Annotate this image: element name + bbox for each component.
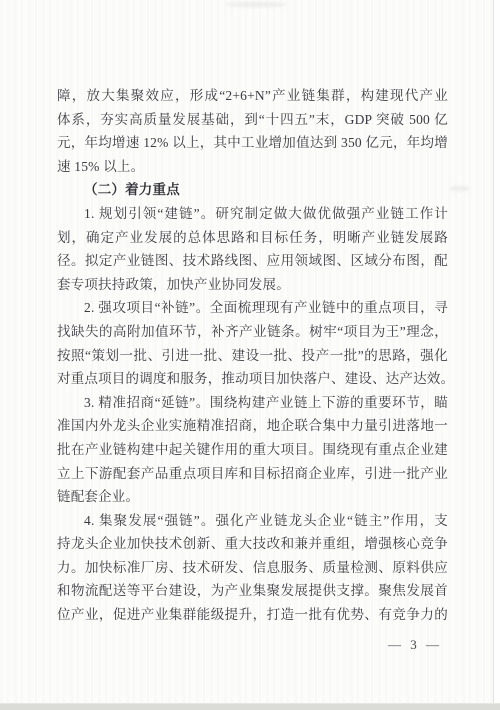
text-line: 按照“策划一批、引进一批、建设一批、投产一批”的思路，强化 bbox=[57, 344, 448, 368]
text-line: 体系，夯实高质量发展基础，到“十四五”末，GDP 突破 500 亿 bbox=[57, 108, 448, 132]
text-line: 径。拟定产业链图、技术路线图、应用领域图、区域分布图，配 bbox=[57, 249, 448, 273]
text-line: 元，年均增速 12% 以上，其中工业增加值达到 350 亿元，年均增 bbox=[57, 131, 448, 155]
text-line: 对重点项目的调度和服务，推动项目加快落户、建设、达产达效。 bbox=[57, 367, 448, 391]
text-line: 力。加快标准厂房、技术研发、信息服务、质量检测、原料供应 bbox=[57, 556, 448, 580]
text-line: 3. 精准招商“延链”。围绕构建产业链上下游的重要环节，瞄 bbox=[57, 391, 448, 415]
text-line: 链配套企业。 bbox=[57, 485, 448, 509]
scan-edge-right bbox=[493, 0, 500, 710]
text-line: 立上下游配套产品重点项目库和目标招商企业库，引进一批产业 bbox=[57, 462, 448, 486]
text-line: 划，确定产业发展的总体思路和目标任务，明晰产业链发展路 bbox=[57, 226, 448, 250]
text-line: 位产业，促进产业集群能级提升，打造一批有优势、有竞争力的 bbox=[57, 603, 448, 627]
scan-edge-bottom bbox=[0, 703, 500, 710]
text-line: 和物流配送等平台建设，为产业集聚发展提供支撑。聚焦发展首 bbox=[57, 579, 448, 603]
text-line: 批在产业链构建中起关键作用的重大项目。围绕现有重点企业建 bbox=[57, 438, 448, 462]
page-number: — 3 — bbox=[388, 637, 442, 653]
document-body: 障，放大集聚效应，形成“2+6+N”产业链集群，构建现代产业体系，夯实高质量发展… bbox=[57, 84, 448, 627]
scan-artifact bbox=[225, 2, 287, 7]
text-line: 4. 集聚发展“强链”。强化产业链龙头企业“链主”作用，支 bbox=[57, 509, 448, 533]
text-line: 套专项扶持政策，加快产业协同发展。 bbox=[57, 273, 448, 297]
scan-artifact bbox=[450, 186, 470, 191]
scanned-document-page: 障，放大集聚效应，形成“2+6+N”产业链集群，构建现代产业体系，夯实高质量发展… bbox=[0, 0, 500, 710]
section-heading: （二）着力重点 bbox=[57, 178, 448, 202]
text-line: 2. 强攻项目“补链”。全面梳理现有产业链中的重点项目，寻 bbox=[57, 296, 448, 320]
text-line: 持龙头企业加快技术创新、重大技改和兼并重组，增强核心竞争 bbox=[57, 532, 448, 556]
text-line: 准国内外龙头企业实施精准招商，地企联合集中力量引进落地一 bbox=[57, 414, 448, 438]
text-line: 找缺失的高附加值环节，补齐产业链条。树牢“项目为王”理念， bbox=[57, 320, 448, 344]
text-line: 1. 规划引领“建链”。研究制定做大做优做强产业链工作计 bbox=[57, 202, 448, 226]
text-line: 速 15% 以上。 bbox=[57, 155, 448, 179]
text-line: 障，放大集聚效应，形成“2+6+N”产业链集群，构建现代产业 bbox=[57, 84, 448, 108]
